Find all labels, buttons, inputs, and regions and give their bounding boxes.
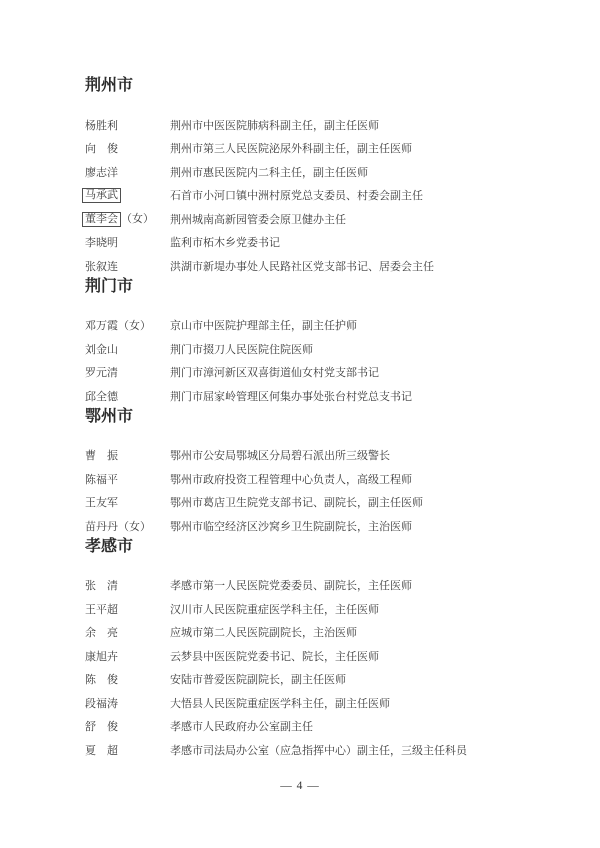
person-name: 杨胜利 [85, 117, 118, 133]
name-cell: 陈福平 [85, 471, 170, 487]
person-name: 李晓明 [85, 234, 118, 250]
person-name: 曹 振 [85, 447, 118, 463]
person-row: 王平超 汉川市人民医院重症医学科主任，主任医师 [85, 597, 560, 621]
person-name: 张 清 [85, 577, 118, 593]
person-title: 监利市柘木乡党委书记 [170, 234, 560, 250]
person-row: 李晓明 监利市柘木乡党委书记 [85, 231, 560, 255]
person-name-boxed: 董李会 [82, 212, 121, 227]
person-title: 荆州市中医医院肺病科副主任，副主任医师 [170, 117, 560, 133]
person-row: 陈福平 鄂州市政府投资工程管理中心负责人，高级工程师 [85, 467, 560, 491]
person-row: 夏 超 孝感市司法局办公室（应急指挥中心）副主任，三级主任科员 [85, 738, 560, 762]
person-row: 马承武 石首市小河口镇中洲村原党总支委员、村委会副主任 [85, 184, 560, 208]
person-title: 京山市中医院护理部主任，副主任护师 [170, 317, 560, 333]
name-cell: 李晓明 [85, 234, 170, 250]
name-cell: 董李会（女） [85, 210, 170, 227]
person-row: 曹 振 鄂州市公安局鄂城区分局碧石派出所三级警长 [85, 444, 560, 468]
person-title: 鄂州市政府投资工程管理中心负责人，高级工程师 [170, 471, 560, 487]
name-cell: 段福涛 [85, 695, 170, 711]
person-name: 苗丹丹 [85, 518, 118, 534]
person-name: 王平超 [85, 601, 118, 617]
document-page: 荆州市 杨胜利 荆州市中医医院肺病科副主任，副主任医师 向 俊 荆州市第三人民医… [0, 0, 600, 848]
person-row: 邱全德 荆门市屈家岭管理区何集办事处张台村党总支书记 [85, 384, 560, 408]
person-name: 舒 俊 [85, 718, 118, 734]
section-ezhou: 鄂州市 曹 振 鄂州市公安局鄂城区分局碧石派出所三级警长 陈福平 鄂州市政府投资… [85, 409, 560, 538]
person-row: 余 亮 应城市第二人民医院副院长，主治医师 [85, 621, 560, 645]
person-title: 鄂州市临空经济区沙窝乡卫生院副院长，主治医师 [170, 518, 560, 534]
name-cell: 廖志洋 [85, 164, 170, 180]
page-number: — 4 — [0, 780, 600, 792]
person-title: 荆门市漳河新区双喜街道仙女村党支部书记 [170, 364, 560, 380]
person-title: 鄂州市葛店卫生院党支部书记、副院长，副主任医师 [170, 494, 560, 510]
person-name: 段福涛 [85, 695, 118, 711]
section-rows: 邓万霞（女） 京山市中医院护理部主任，副主任护师 刘金山 荆门市掇刀人民医院住院… [85, 314, 560, 408]
section-heading: 鄂州市 [85, 409, 560, 425]
section-jingzhou: 荆州市 杨胜利 荆州市中医医院肺病科副主任，副主任医师 向 俊 荆州市第三人民医… [85, 78, 560, 278]
person-title: 孝感市司法局办公室（应急指挥中心）副主任，三级主任科员 [170, 742, 560, 758]
person-title: 鄂州市公安局鄂城区分局碧石派出所三级警长 [170, 447, 560, 463]
person-row: 舒 俊 孝感市人民政府办公室副主任 [85, 715, 560, 739]
person-row: 张 清 孝感市第一人民医院党委委员、副院长，主任医师 [85, 574, 560, 598]
person-title: 孝感市第一人民医院党委委员、副院长，主任医师 [170, 577, 560, 593]
section-jingmen: 荆门市 邓万霞（女） 京山市中医院护理部主任，副主任护师 刘金山 荆门市掇刀人民… [85, 279, 560, 408]
gender-suffix: （女） [121, 213, 154, 225]
section-heading: 荆门市 [85, 279, 560, 295]
person-title: 安陆市普爱医院副院长，副主任医师 [170, 671, 560, 687]
person-name: 陈 俊 [85, 671, 118, 687]
person-title: 云梦县中医医院党委书记、院长，主任医师 [170, 648, 560, 664]
person-name: 邱全德 [85, 388, 118, 404]
section-xiaogan: 孝感市 张 清 孝感市第一人民医院党委委员、副院长，主任医师 王平超 汉川市人民… [85, 539, 560, 762]
person-row: 董李会（女） 荆州城南高新园管委会原卫健办主任 [85, 207, 560, 231]
person-row: 张叙连 洪湖市新堤办事处人民路社区党支部书记、居委会主任 [85, 254, 560, 278]
person-row: 段福涛 大悟县人民医院重症医学科主任，副主任医师 [85, 691, 560, 715]
name-cell: 马承武 [85, 188, 170, 203]
name-cell: 舒 俊 [85, 718, 170, 734]
person-name: 罗元清 [85, 364, 118, 380]
person-name: 刘金山 [85, 341, 118, 357]
gender-suffix: （女） [118, 521, 151, 533]
name-cell: 邓万霞（女） [85, 317, 170, 333]
person-title: 洪湖市新堤办事处人民路社区党支部书记、居委会主任 [170, 258, 560, 274]
person-title: 大悟县人民医院重症医学科主任，副主任医师 [170, 695, 560, 711]
person-title: 应城市第二人民医院副院长，主治医师 [170, 624, 560, 640]
section-rows: 曹 振 鄂州市公安局鄂城区分局碧石派出所三级警长 陈福平 鄂州市政府投资工程管理… [85, 444, 560, 538]
person-row: 王友军 鄂州市葛店卫生院党支部书记、副院长，副主任医师 [85, 491, 560, 515]
person-name: 廖志洋 [85, 164, 118, 180]
person-name: 陈福平 [85, 471, 118, 487]
name-cell: 曹 振 [85, 447, 170, 463]
name-cell: 陈 俊 [85, 671, 170, 687]
name-cell: 余 亮 [85, 624, 170, 640]
gender-suffix: （女） [118, 320, 151, 332]
person-row: 刘金山 荆门市掇刀人民医院住院医师 [85, 337, 560, 361]
person-row: 邓万霞（女） 京山市中医院护理部主任，副主任护师 [85, 314, 560, 338]
person-name: 康旭卉 [85, 648, 118, 664]
person-name: 余 亮 [85, 624, 118, 640]
person-name: 张叙连 [85, 258, 118, 274]
name-cell: 苗丹丹（女） [85, 518, 170, 534]
section-rows: 张 清 孝感市第一人民医院党委委员、副院长，主任医师 王平超 汉川市人民医院重症… [85, 574, 560, 762]
name-cell: 张叙连 [85, 258, 170, 274]
name-cell: 康旭卉 [85, 648, 170, 664]
name-cell: 王平超 [85, 601, 170, 617]
person-row: 罗元清 荆门市漳河新区双喜街道仙女村党支部书记 [85, 361, 560, 385]
person-name: 夏 超 [85, 742, 118, 758]
person-title: 荆州市惠民医院内二科主任，副主任医师 [170, 164, 560, 180]
person-row: 康旭卉 云梦县中医医院党委书记、院长，主任医师 [85, 644, 560, 668]
name-cell: 向 俊 [85, 140, 170, 156]
person-title: 荆门市屈家岭管理区何集办事处张台村党总支书记 [170, 388, 560, 404]
person-name: 王友军 [85, 494, 118, 510]
person-title: 汉川市人民医院重症医学科主任，主任医师 [170, 601, 560, 617]
name-cell: 王友军 [85, 494, 170, 510]
document-content: 荆州市 杨胜利 荆州市中医医院肺病科副主任，副主任医师 向 俊 荆州市第三人民医… [0, 0, 600, 762]
person-title: 石首市小河口镇中洲村原党总支委员、村委会副主任 [170, 187, 560, 203]
person-name: 向 俊 [85, 140, 118, 156]
section-heading: 荆州市 [85, 78, 560, 94]
section-rows: 杨胜利 荆州市中医医院肺病科副主任，副主任医师 向 俊 荆州市第三人民医院泌尿外… [85, 113, 560, 278]
name-cell: 刘金山 [85, 341, 170, 357]
person-row: 杨胜利 荆州市中医医院肺病科副主任，副主任医师 [85, 113, 560, 137]
person-name-boxed: 马承武 [82, 188, 121, 203]
section-heading: 孝感市 [85, 539, 560, 555]
person-row: 陈 俊 安陆市普爱医院副院长，副主任医师 [85, 668, 560, 692]
name-cell: 罗元清 [85, 364, 170, 380]
name-cell: 夏 超 [85, 742, 170, 758]
person-name: 邓万霞 [85, 317, 118, 333]
person-row: 向 俊 荆州市第三人民医院泌尿外科副主任，副主任医师 [85, 137, 560, 161]
person-row: 苗丹丹（女） 鄂州市临空经济区沙窝乡卫生院副院长，主治医师 [85, 514, 560, 538]
person-title: 荆州市第三人民医院泌尿外科副主任，副主任医师 [170, 140, 560, 156]
name-cell: 杨胜利 [85, 117, 170, 133]
name-cell: 张 清 [85, 577, 170, 593]
person-title: 荆州城南高新园管委会原卫健办主任 [170, 211, 560, 227]
name-cell: 邱全德 [85, 388, 170, 404]
person-title: 荆门市掇刀人民医院住院医师 [170, 341, 560, 357]
person-row: 廖志洋 荆州市惠民医院内二科主任，副主任医师 [85, 160, 560, 184]
person-title: 孝感市人民政府办公室副主任 [170, 718, 560, 734]
